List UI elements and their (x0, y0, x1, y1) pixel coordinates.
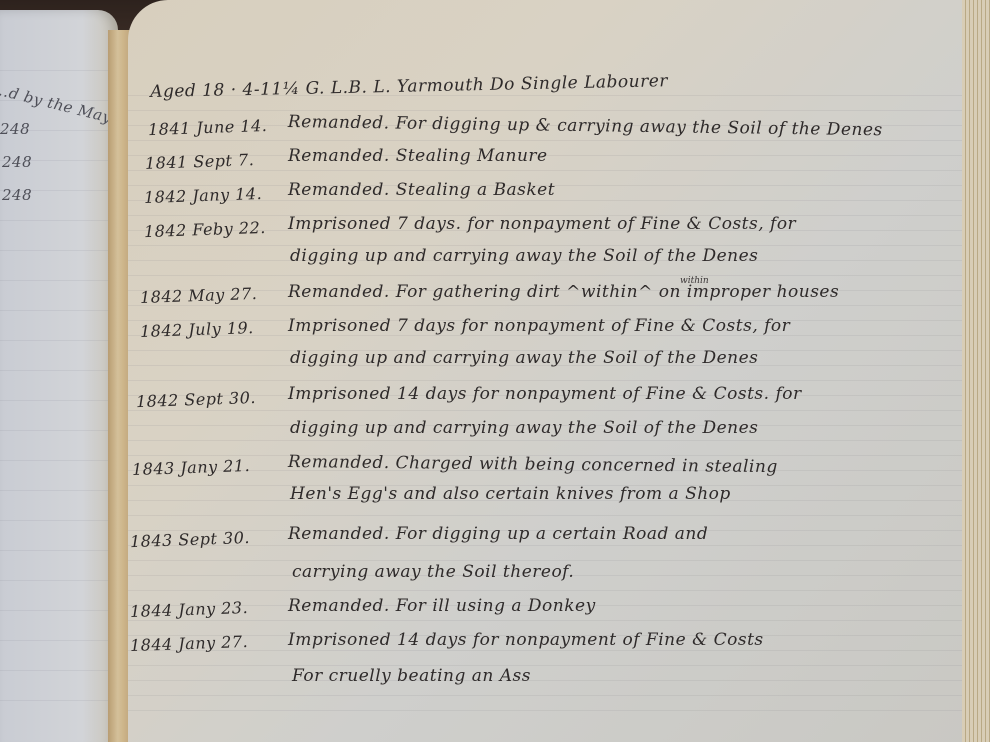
left-page-number: 248 (2, 186, 32, 204)
entry-text: Imprisoned 7 days. for nonpayment of Fin… (288, 214, 796, 234)
left-page-number: 248 (0, 120, 30, 138)
entry-text: digging up and carrying away the Soil of… (290, 246, 758, 266)
entry-text: Imprisoned 7 days for nonpayment of Fine… (288, 316, 790, 336)
entry-text: Remanded. For digging up a certain Road … (288, 524, 708, 544)
left-page: ...d by the Mayor 248 248 248 (0, 10, 118, 742)
entry-text: Remanded. For ill using a Donkey (288, 596, 596, 616)
entry-date: 1841 Sept 7. (145, 150, 255, 173)
entry-text: digging up and carrying away the Soil of… (290, 348, 758, 368)
interlinear-insertion: within (680, 276, 709, 286)
page-edges (962, 0, 990, 742)
entry-text: Remanded. Stealing a Basket (288, 180, 555, 200)
entry-text: Remanded. Stealing Manure (288, 146, 548, 166)
entry-date: 1842 July 19. (140, 318, 254, 341)
entry-text: For cruelly beating an Ass (292, 666, 531, 686)
entry-text: Hen's Egg's and also certain knives from… (290, 484, 731, 504)
entry-text: Remanded. For gathering dirt ^within^ on… (288, 282, 839, 302)
entry-text: Imprisoned 14 days for nonpayment of Fin… (288, 630, 764, 650)
entry-text: digging up and carrying away the Soil of… (290, 418, 758, 438)
entry-text: Imprisoned 14 days for nonpayment of Fin… (288, 384, 802, 404)
left-page-number: 248 (2, 153, 32, 171)
entry-text: carrying away the Soil thereof. (292, 562, 574, 582)
